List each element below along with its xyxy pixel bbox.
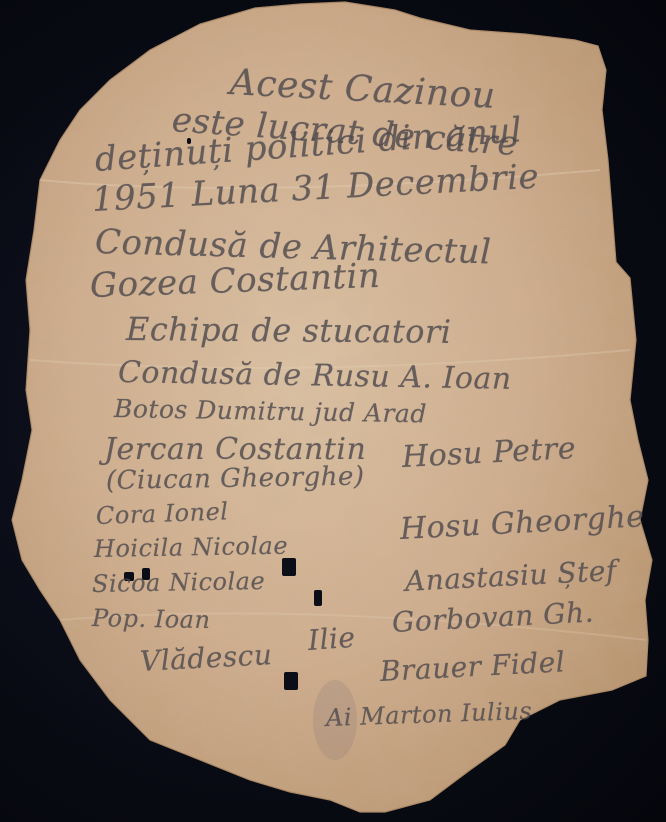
header-line: Echipa de stucatori [126,310,452,351]
header-line: Condusă de Rusu A. Ioan [118,355,512,397]
name-left: Vlădescu [139,638,273,678]
name-left: Cora Ionel [96,497,229,530]
paper-hole [282,558,296,576]
paper-hole [314,590,322,606]
name-left: Pop. Ioan [92,604,211,634]
name-left: Sicoa Nicolae [92,567,266,598]
name-left: Hoicila Nicolae [94,532,289,563]
name-left: (Ciucan Gheorghe) [106,461,365,496]
header-line: Botos Dumitru jud Arad [114,394,427,428]
name-right: Ilie [307,621,357,657]
paper-hole [284,672,298,690]
